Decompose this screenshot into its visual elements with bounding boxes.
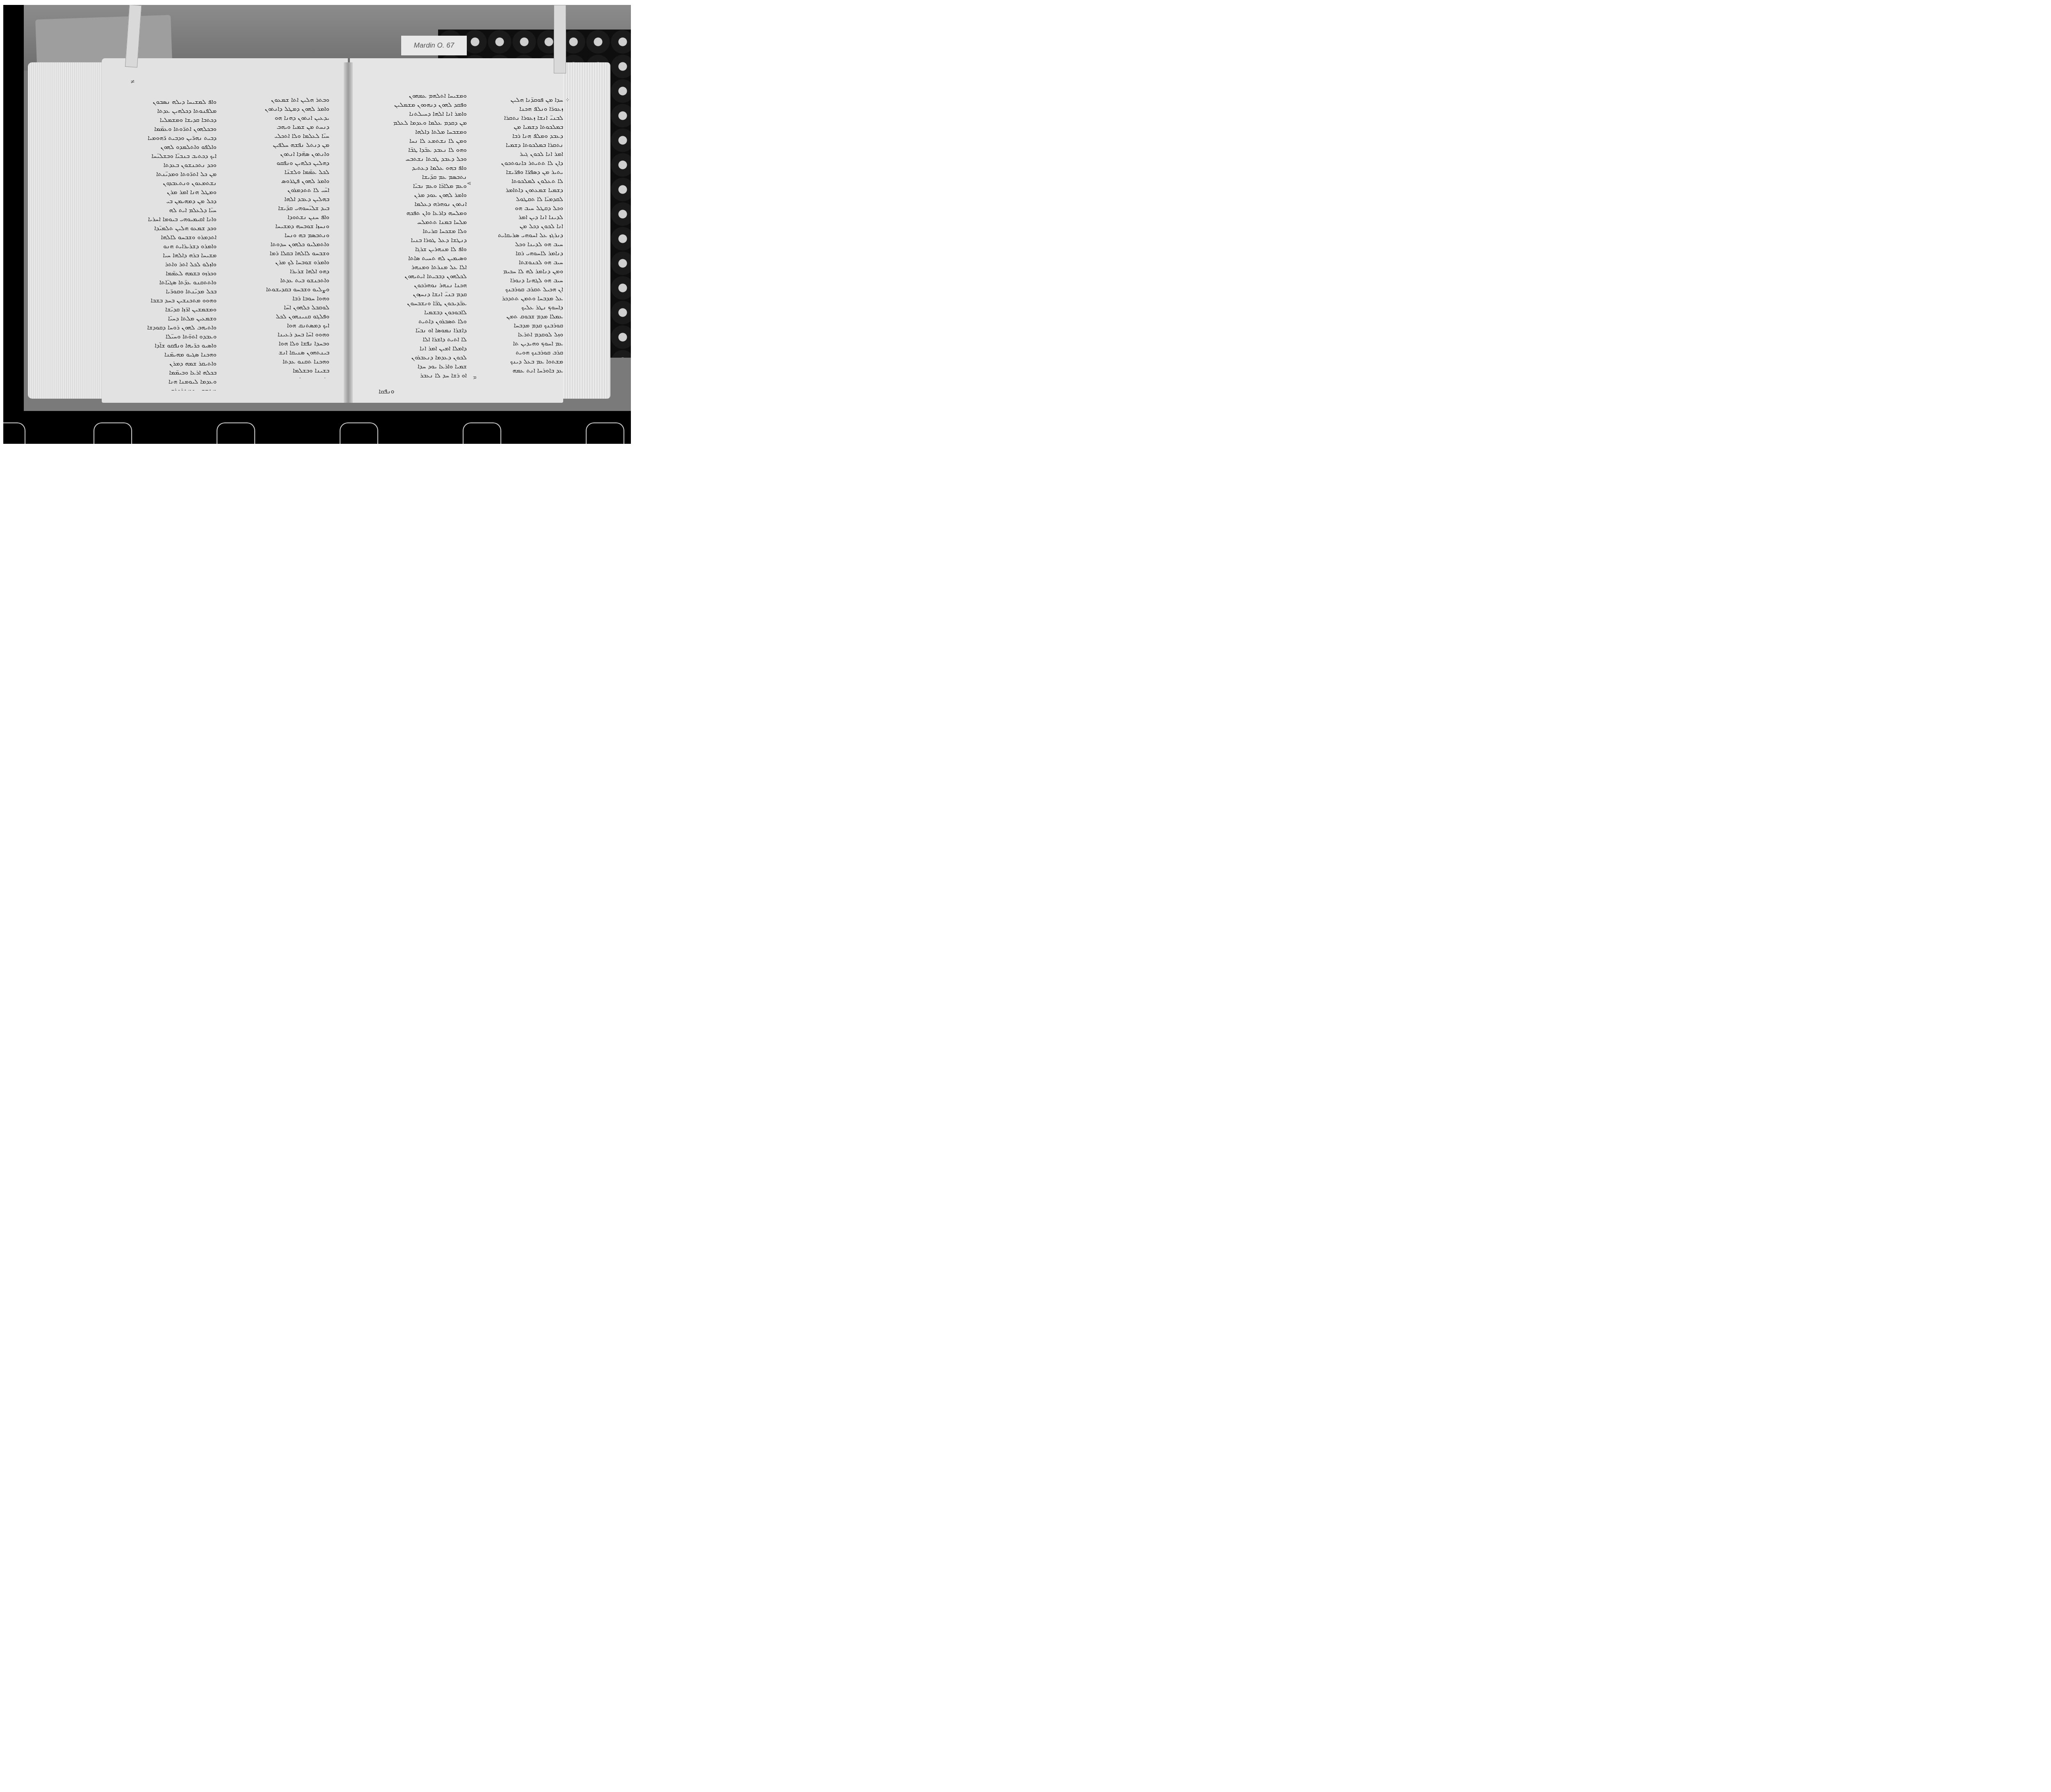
manuscript-line: ܘܐܬܝܗܒ ܠܗܘܢ ܪܘܚܐ ܕܩܘܕܫܐ bbox=[122, 323, 217, 332]
manuscript-line: ܘܒܬܪ ܗܠܝܢ ܐܬܐ ܫܡܥܘܢ bbox=[233, 95, 329, 104]
manuscript-line: ܘܦܩܕ ܠܗܘܢ ܕܢܗܘܘܢ ܡܫܡܠܝܢ bbox=[368, 100, 467, 109]
manuscript-line: ܕܐܢ ܠܐ ܬܬܝܬܪ ܟܐܢܘܬܟܘܢ bbox=[471, 158, 563, 167]
manuscript-line: ܘܟܕ ܫܡܥܘ ܗܠܝܢ ܬܠܡܝ̈ܕܐ bbox=[122, 224, 217, 233]
manuscript-line: ܘܦܠܓܘ ܩܢܝܢܗܘܢ ܠܟܠ bbox=[233, 312, 329, 321]
manuscript-line: ܠܕܝܢܐ ܐܢܐ ܕܝܢ ܐܡܪ bbox=[471, 212, 563, 221]
manuscript-line: ܐܝܟ ܕܟܬܝܒ ܒܢܒܝ̈ܐ ܘܒܫܠܝ̈ܚܐ bbox=[122, 151, 217, 160]
manuscript-line: ܘܗܘ ܠܐ ܢܥܒܕ ܥܒ̈ܕܐ ܛܒ̈ܐ bbox=[368, 145, 467, 154]
manuscript-line: ܘܡܢ ܠܐ ܢܫܬܡܥ ܠܐ ܢܚܐ bbox=[368, 136, 467, 145]
manuscript-line: ܘܗܘܘ ܡܬܟܢܫܝܢ ܒܚܕ ܒܫܒܐ bbox=[122, 296, 217, 305]
left-page-inner-column: ܘܒܬܪ ܗܠܝܢ ܐܬܐ ܫܡܥܘܢܘܐܡܪ ܠܗܘܢ ܕܡܛܠ ܕܐܢܬܘܢ… bbox=[233, 95, 329, 378]
manuscript-line: ܘܐܡܪ ܠܗܘܢ ܦܛܪܘܣ bbox=[233, 176, 329, 185]
manuscript-line: ܘܙܠ ܠܘܩܕܡ ܐܬܪܥܐ bbox=[471, 330, 563, 339]
manuscript-line: ܡܢ ܟܠ ܐܬܪ̈ܘܬܐ ܘܡܕܝ̈ܢܬܐ bbox=[122, 169, 217, 178]
sprocket-hole bbox=[3, 422, 25, 444]
film-border-left bbox=[3, 5, 24, 444]
manuscript-line: ܘܐܠܦܘ ܘܐܬܠܡܕܘ ܠܗܘܢ bbox=[122, 142, 217, 151]
manuscript-line: ܫܡܝܐ ܘܐܪܥܐ ܝܘܕ ܚܕܐ bbox=[368, 362, 467, 371]
manuscript-line: ܘܐܦ ܒܗܘ ܥܠܡܐ ܕܥܬܝܕ bbox=[368, 163, 467, 172]
manuscript-line: ܡܠܦܢܘܬܐ ܕܟܠܗܝܢ ܥܕܬܐ bbox=[122, 106, 217, 115]
manuscript-line: ܘܐܙܠܘ ܠܟܠ ܐܬܪ ܘܐܬܪ bbox=[122, 260, 217, 269]
open-manuscript: ܘܐܦ ܠܡܫܝܚܐ ܕܝܠܗ ܢܣܒܘܢܡܠܦܢܘܬܐ ܕܟܠܗܝܢ ܥܕܬܐ… bbox=[28, 54, 610, 411]
photograph-frame: Mardin O. 67 ܘܐܦ ܠܡܫܝܚܐ ܕܝܠܗ ܢܣܒܘܢܡܠܦܢܘܬ… bbox=[3, 5, 631, 444]
sprocket-hole bbox=[340, 422, 378, 444]
manuscript-line: ܡܬܫܒܚ ܘܡܬܪܘܪܒ bbox=[122, 386, 217, 390]
manuscript-line: ܚܝ̈ܐ ܕܠܥܠܡ ܐܝܬ ܠܗ bbox=[122, 205, 217, 215]
sprocket-hole bbox=[217, 422, 255, 444]
manuscript-line: ܘܡܛܠ ܗܢܐ ܐܡܪ ܡܪܢ bbox=[122, 187, 217, 196]
manuscript-line: ܒܝܕ ܫܠܝ̈ܚܘܗܝ ܩܕ̈ܝܫܐ bbox=[233, 203, 329, 212]
manuscript-line: ܠܩܕܡܝ̈ܐ ܠܐ ܬܩܛܘܠ bbox=[471, 194, 563, 203]
end-mark: ܡ bbox=[473, 374, 476, 380]
manuscript-line: ܘܐܬܡܠܝܘ ܟܠܗܘܢ ܚܕܘܬܐ bbox=[233, 240, 329, 249]
manuscript-line: ܥܠ ܡܕܒܚܐ ܘܬܡܢ ܬܬܕܟܪ bbox=[471, 294, 563, 303]
manuscript-line: ܡܢ ܕܩܕܡ ܥܠܡܐ ܘܥܕܡܐ ܠܥܠܡ bbox=[368, 118, 467, 127]
manuscript-line: ܥܡܠܐ ܡܕܡ ܫܒܘܩ ܬܡܢ bbox=[471, 312, 563, 321]
manuscript-line: ܘܟܠ ܕܥܒܕ ܛܒܬܐ ܢܫܬܒܚ bbox=[368, 154, 467, 163]
left-page-outer-column: ܘܐܦ ܠܡܫܝܚܐ ܕܝܠܗ ܢܣܒܘܢܡܠܦܢܘܬܐ ܕܟܠܗܝܢ ܥܕܬܐ… bbox=[122, 97, 217, 390]
manuscript-line: ܕܢܐܡܪ ܠܐܚܘܗܝ ܪܩܐ bbox=[471, 249, 563, 258]
manuscript-line: ܘܡܫܝܚܐ ܐܬܠܗܡ ܥܡܗܘܢ bbox=[368, 91, 467, 100]
manuscript-line: ܘܒܟܠܗܘܢ ܐܬܪ̈ܘܬܐ ܘܥܡ̈ܡܐ bbox=[122, 124, 217, 133]
manuscript-line: ܐܝܟ ܕܡܣܬܢܩ ܗܘܐ bbox=[233, 321, 329, 330]
manuscript-line: ܘܐܦ ܚܢܢ ܢܫܬܘܕܐ bbox=[233, 212, 329, 221]
manuscript-line: ܘܐܬܝܩܪ ܫܡܗ ܕܡܪܢ bbox=[122, 359, 217, 368]
manuscript-line: ܠܟܠ ܥܡ̈ܡܐ ܘܠܫܢ̈ܐ bbox=[233, 167, 329, 176]
right-page-inner-column: ܘܡܫܝܚܐ ܐܬܠܗܡ ܥܡܗܘܢܘܦܩܕ ܠܗܘܢ ܕܢܗܘܘܢ ܡܫܡܠܝ… bbox=[368, 91, 467, 382]
manuscript-line: ܘܢܚܙܐ ܫܘܒܚܗ ܕܡܫܝܚܐ bbox=[233, 221, 329, 231]
manuscript-line: ܘܐܬܬܩܢܘ ܥܕ̈ܬܐ ܣܓܝ̈ܐܬܐ bbox=[122, 278, 217, 287]
sprocket-hole bbox=[463, 422, 501, 444]
manuscript-line: ܘܥܒܕܘ ܐܬܘ̈ܬܐ ܘܚܝ̈ܠܐ bbox=[122, 332, 217, 341]
manuscript-line: ܚܝܒ ܗܘ ܠܕܝܢܐ ܘܟܠ bbox=[471, 240, 563, 249]
manuscript-line: ܕܒܝܬ ܢܗܪ̈ܝܢ ܘܕܒܝܬ ܪ̈ܗܘܡܝܐ bbox=[122, 133, 217, 142]
manuscript-line: ܘܣܝܡܝܢ ܠܗ ܬܚܝܬ ܣܐܬܐ bbox=[368, 253, 467, 263]
manuscript-line: ܕܐܚܘܟ ܢܛܪ ܥܠܝܟ bbox=[471, 303, 563, 312]
manuscript-line: ܘܐܣܝܘ ܟܪ̈ܝܗܐ ܘܢܦܩܘ ܫܐ̈ܕܐ bbox=[122, 341, 217, 350]
manuscript-line: ܘܗܘܘ ܐܚ̈ܐ ܒܚܕ ܪܥܝܢܐ bbox=[233, 330, 329, 339]
manuscript-line: ܘܐܬܒܢܝܬ ܘܪܒܬ bbox=[233, 375, 329, 378]
gutter-mark: ⋖ bbox=[467, 180, 471, 187]
manuscript-line: ܡܠܚܐ ܒܡܢܐ ܬܬܡܠܚ bbox=[368, 217, 467, 226]
manuscript-line: ܡܢ ܢܡܘܣܐ ܥܕܡܐ ܕܟܠ bbox=[368, 380, 467, 382]
manuscript-line: ܡܫܬܘܐ ܥܡ ܒܥܠ ܕܝܢܟ bbox=[471, 357, 563, 366]
manuscript-line: ܕܢܚܬ ܡܢ ܫܡܝܐ ܘܝܗܒ bbox=[233, 122, 329, 131]
manuscript-line: ܚܝܒ ܗܘ ܠܓܗܢܐ ܕܢܘܪܐ bbox=[471, 276, 563, 285]
manuscript-line: ܕܐܫܪܐ ܢܡܘܣܐ ܐܘ ܢܒܝ̈ܐ bbox=[368, 326, 467, 335]
manuscript-line: ܙܥܘܪ̈ܐ ܘܢܠܦ ܗܟܢܐ bbox=[471, 104, 563, 113]
book-gutter bbox=[344, 62, 353, 403]
manuscript-line: ܕܫܡܝܐ ܫܡܥܬܘܢ ܕܐܬܐܡܪ bbox=[471, 185, 563, 194]
manuscript-line: ܗܟܢܐ ܢܢܗܪ ܢܘܗܪܟܘܢ bbox=[368, 281, 467, 290]
manuscript-line: ܕܥܒܕ ܘܡܠܦ ܗܢܐ ܪܒܐ bbox=[471, 131, 563, 140]
manuscript-line: ܘܒܚܕܐ ܢܦܫܐ ܘܠܐ ܗܘܐ bbox=[233, 339, 329, 348]
manuscript-line: ܘܡܫܒܚܐ ܡܠܬܐ ܕܐܠܗܐ bbox=[368, 127, 467, 136]
manuscript-line: ܘܥܡ ܡܠܐܟ̈ܐ ܘܥܡ ܢܒܝ̈ܐ bbox=[368, 181, 467, 190]
right-page-corner-mark: ⁘ bbox=[565, 97, 570, 103]
manuscript-line: ܠܘܩܒܠ ܟܠܗܘܢ ܐܚ̈ܐ bbox=[233, 303, 329, 312]
manuscript-line: ܠܒܢܝ̈ ܐܢܫܐ ܙܥܘܪܐ ܢܬܩܪܐ bbox=[471, 113, 563, 122]
manuscript-line: ܐܠܐ ܥܠ ܡܢܪܬܐ ܘܡܢܗܪ bbox=[368, 263, 467, 272]
manuscript-line: ܚܝ̈ܐ ܠܥܠܡܐ ܘܠܐ ܐܬܟܠܝ bbox=[233, 131, 329, 140]
manuscript-line: ܘܠܐ ܡܫܟܚܐ ܩܪܝܬܐ bbox=[368, 226, 467, 235]
manuscript-line: ܐܚ̈ܝ ܠܐ ܬܬܕܡܪܘܢ bbox=[233, 185, 329, 194]
manuscript-line: ܘܨܠܝܘ ܘܫܒܚܘ ܒܩܕܝܫܘܬܐ bbox=[233, 285, 329, 294]
manuscript-line: ܘܡܫܡܫܝܢ ܐܪ̈ܙܐ ܩܕܝ̈ܫܐ bbox=[122, 305, 217, 314]
manuscript-line: ܕܢܛܫܐ ܕܥܠ ܛܘܪܐ ܒܢܝܐ bbox=[368, 235, 467, 244]
manuscript-line: ܘܐܢܐ ܐܩܝܡܝܘܗܝ ܒܝܘܡܐ ܐܚܪܝܐ bbox=[122, 215, 217, 224]
manuscript-line: ܘܐܡܪ ܠܗܘܢ ܥܘܕ ܡܪܢ bbox=[368, 190, 467, 199]
manuscript-line: ܩܕܡ ܒܢܝ̈ ܐܢܫܐ ܕܢܚܙܘܢ bbox=[368, 290, 467, 299]
manuscript-line: ܐܘ ܪܫܐ ܚܕ ܠܐ ܢܥܒܪ bbox=[368, 371, 467, 380]
manuscript-line: ܘܐܡܪܘ ܕܫܪܝܪܐܝܬ ܗܢܘ bbox=[122, 242, 217, 251]
manuscript-line: ܝܬܝܪ ܡܢ ܕܣܦܪ̈ܐ ܘܦܪ̈ܝܫܐ bbox=[471, 167, 563, 176]
manuscript-line: ܘܐܢܬܘܢ ܣܗ̈ܕܐ ܐܢܬܘܢ bbox=[233, 149, 329, 158]
manuscript-line: ܥܡ ܐܚܘܟ ܘܗܝܕܝܢ ܬܐ bbox=[471, 339, 563, 348]
manuscript-line: ܢܫܬܡܥܘܢ ܘܢܬܥܒܕܘܢ bbox=[122, 178, 217, 187]
film-border-bottom bbox=[3, 411, 631, 444]
manuscript-line: ܥܕ ܒܐܘܪܚܐ ܐܢܬ ܥܡܗ bbox=[471, 366, 563, 374]
sprocket-hole bbox=[586, 422, 624, 444]
manuscript-line: ܒܟܠ ܡܕܝ̈ܢܬܐ ܘܩܘܪ̈ܝܐ bbox=[122, 287, 217, 296]
manuscript-line: ܘܐܬܟܢܫܘ ܒܝܬ ܥܕܬܐ bbox=[233, 276, 329, 285]
manuscript-line: ܘܟܪܙܘ ܒܫܡܗ ܠܥܡ̈ܡܐ bbox=[122, 269, 217, 278]
manuscript-line: ܕܐܡܠܐ ܐܡܝܢ ܐܡܪ ܐܢܐ bbox=[368, 344, 467, 353]
manuscript-line: ܚܝܒ ܗܘ ܠܟܢܘܫܬܐ bbox=[471, 258, 563, 267]
manuscript-line: ܠܟܠܗܘܢ ܕܒܒܝܬܐ ܐܝܬܝܗܘܢ bbox=[368, 272, 467, 281]
manuscript-line: ܘܐܦ ܠܡܫܝܚܐ ܕܝܠܗ ܢܣܒܘܢ bbox=[122, 97, 217, 106]
manuscript-line: ܠܟܘܢ ܕܥܕܡܐ ܕܢܥܒܪܘܢ bbox=[368, 353, 467, 362]
catchword: ܘܢܦܩܐ bbox=[379, 387, 394, 395]
manuscript-line: ܘܡܠܚܗ ܕܐܪܥܐ ܘܐܢ ܬܦܟܗ bbox=[368, 208, 467, 217]
manuscript-line: ܕܗܠܝܢ ܟܠܗܝܢ ܘܢܦܩܘ bbox=[233, 158, 329, 167]
manuscript-line: ܘܐܡܪ ܐܢܐ ܐܠܗܐ ܕܚܝܠܬܢܐ bbox=[368, 109, 467, 118]
manuscript-line: ܩܘܪܒܢܟ ܩܕܡ ܡܕܒܚܐ bbox=[471, 321, 563, 330]
manuscript-line: ܘܐܡܪ ܠܗܘܢ ܕܡܛܠ ܕܐܢܬܘܢ bbox=[233, 104, 329, 113]
right-clothespin bbox=[554, 5, 566, 73]
manuscript-line: ܠܐ ܬܥܠܘܢ ܠܡܠܟܘܬܐ bbox=[471, 176, 563, 185]
manuscript-line: ܕܟܠ ܡܢ ܕܡܗܝܡܢ ܒܝ bbox=[122, 196, 217, 205]
manuscript-line: ܚܕܐ ܡܢ ܦܘܩܕ̈ܢܐ ܗܠܝܢ bbox=[471, 95, 563, 104]
manuscript-line: ܥܒ̈ܕܝܟܘܢ ܛܒ̈ܐ ܘܢܫܒܚܘܢ bbox=[368, 299, 467, 308]
manuscript-line: ܒܟܠܗ ܐܪܥܐ ܘܒܝܡ̈ܡܐ bbox=[122, 368, 217, 377]
manuscript-line: ܢܬܒܣܡ ܥܡ ܩܕ̈ܝܫܐ bbox=[368, 172, 467, 181]
manuscript-line: ܘܥܕܡܐ ܠܝܘܡܢܐ ܗܢܐ bbox=[122, 377, 217, 386]
manuscript-line: ܒܫܝܢܐ ܘܒܫܠܡܐ bbox=[233, 366, 329, 375]
manuscript-line: ܘܗܘܐ ܚܘܒܐ ܪܒܐ bbox=[233, 294, 329, 303]
manuscript-line: ܘܫܡܥܝܢ ܡܠܬܐ ܕܚܝ̈ܐ bbox=[122, 314, 217, 323]
manuscript-line: ܕܗܘ ܐܠܗܐ ܫܪܝܪܐ bbox=[233, 267, 329, 276]
manuscript-line: ܘܢܬܒܣܡ ܒܗ ܘܢܚܐ bbox=[233, 231, 329, 240]
manuscript-line: ܕܢܪܓܙ ܥܠ ܐܚܘܗܝ ܣܪܝܩܐܝܬ bbox=[471, 231, 563, 240]
manuscript-line: ܐܢܐ ܠܟܘܢ ܕܟܠ ܡܢ bbox=[471, 221, 563, 231]
manuscript-line: ܘܐܡܪܘ ܫܘܒܚܐ ܠܟ ܡܪܢ bbox=[233, 258, 329, 267]
manuscript-line: ܘܠܐ ܬܣܒܪܘܢ ܕܐܬܝܬ bbox=[368, 317, 467, 326]
manuscript-line: ܝܕܥܝܢ ܐܢܬܘܢ ܕܗܢܐ ܗܘ bbox=[233, 113, 329, 122]
manuscript-line: ܒܗܠܝܢ ܕܥܒܕ ܐܠܗܐ bbox=[233, 194, 329, 203]
manuscript-line: ܐܢ ܗܟܝܠ ܬܩܪܒ ܩܘܪܒܢܟ bbox=[471, 285, 563, 294]
right-fore-edge bbox=[557, 62, 610, 399]
manuscript-line: ܘܫܒܚܘ ܠܐܠܗܐ ܒܩܠܐ ܪܡܐ bbox=[233, 249, 329, 258]
manuscript-line: ܘܡܢ ܕܢܐܡܪ ܠܗ ܠܐ ܚܟܝܡ bbox=[471, 267, 563, 276]
left-page-corner-mark: ≠ bbox=[130, 79, 135, 85]
manuscript-line: ܒܝܢܬܗܘܢ ܣܢܝܩܐ ܐܢܫ bbox=[233, 348, 329, 357]
manuscript-line: ܘܗܟܢܐ ܣܓܝܘ ܡܗܝܡ̈ܢܐ bbox=[122, 350, 217, 359]
manuscript-line: ܢܬܩܪܐ ܒܡܠܟܘܬܐ ܕܫܡܝܐ bbox=[471, 140, 563, 149]
right-page-outer-column: ܚܕܐ ܡܢ ܦܘܩܕ̈ܢܐ ܗܠܝܢܙܥܘܪ̈ܐ ܘܢܠܦ ܗܟܢܐܠܒܢܝ̈… bbox=[471, 95, 563, 374]
sprocket-hole bbox=[94, 422, 132, 444]
manuscript-line: ܒܡܠܟܘܬܐ ܕܫܡܝܐ ܡܢ bbox=[471, 122, 563, 131]
manuscript-line: ܩܪܒ ܩܘܪܒܢܟ ܗܘܝܬ bbox=[471, 348, 563, 357]
manuscript-line: ܘܗܟܢܐ ܬܩܢܘ ܥܕܬܐ bbox=[233, 357, 329, 366]
manuscript-line: ܐܡܪ ܐܢܐ ܠܟܘܢ ܓܝܪ bbox=[471, 149, 563, 158]
manuscript-line: ܡܫܝܚܐ ܒܪܗ ܕܐܠܗܐ ܚܝܐ bbox=[122, 251, 217, 260]
manuscript-line: ܘܐܦ ܠܐ ܡܢܗܪܝܢ ܫܪܓܐ bbox=[368, 244, 467, 253]
shelfmark-label-card: Mardin O. 67 bbox=[401, 36, 467, 55]
manuscript-line: ܐܢܬܘܢ ܢܘܗܪܗ ܕܥܠܡܐ bbox=[368, 199, 467, 208]
manuscript-line: ܐܬܕܡܪܘ ܘܫܒܚܘ ܠܐܠܗܐ bbox=[122, 233, 217, 242]
manuscript-line: ܠܐܒܘܟܘܢ ܕܒܫܡܝܐ bbox=[368, 308, 467, 317]
manuscript-line: ܘܟܠ ܕܩܛܠ ܚܝܒ ܗܘ bbox=[471, 203, 563, 212]
manuscript-line: ܘܟܕ ܢܬܟܢܫܘܢ ܒܥܕܬܐ bbox=[122, 160, 217, 169]
manuscript-line: ܠܐ ܐܬܝܬ ܕܐܫܪܐ ܐܠܐ bbox=[368, 335, 467, 344]
manuscript-line: ܕܟܬܒܐ ܩܕܝܫܐ ܘܡܫܡܠܝܐ bbox=[122, 115, 217, 124]
manuscript-line: ܡܢ ܕܢܬܠ ܢܦܫܗ ܚܠܦܝܢ bbox=[233, 140, 329, 149]
left-fore-edge bbox=[28, 62, 110, 399]
